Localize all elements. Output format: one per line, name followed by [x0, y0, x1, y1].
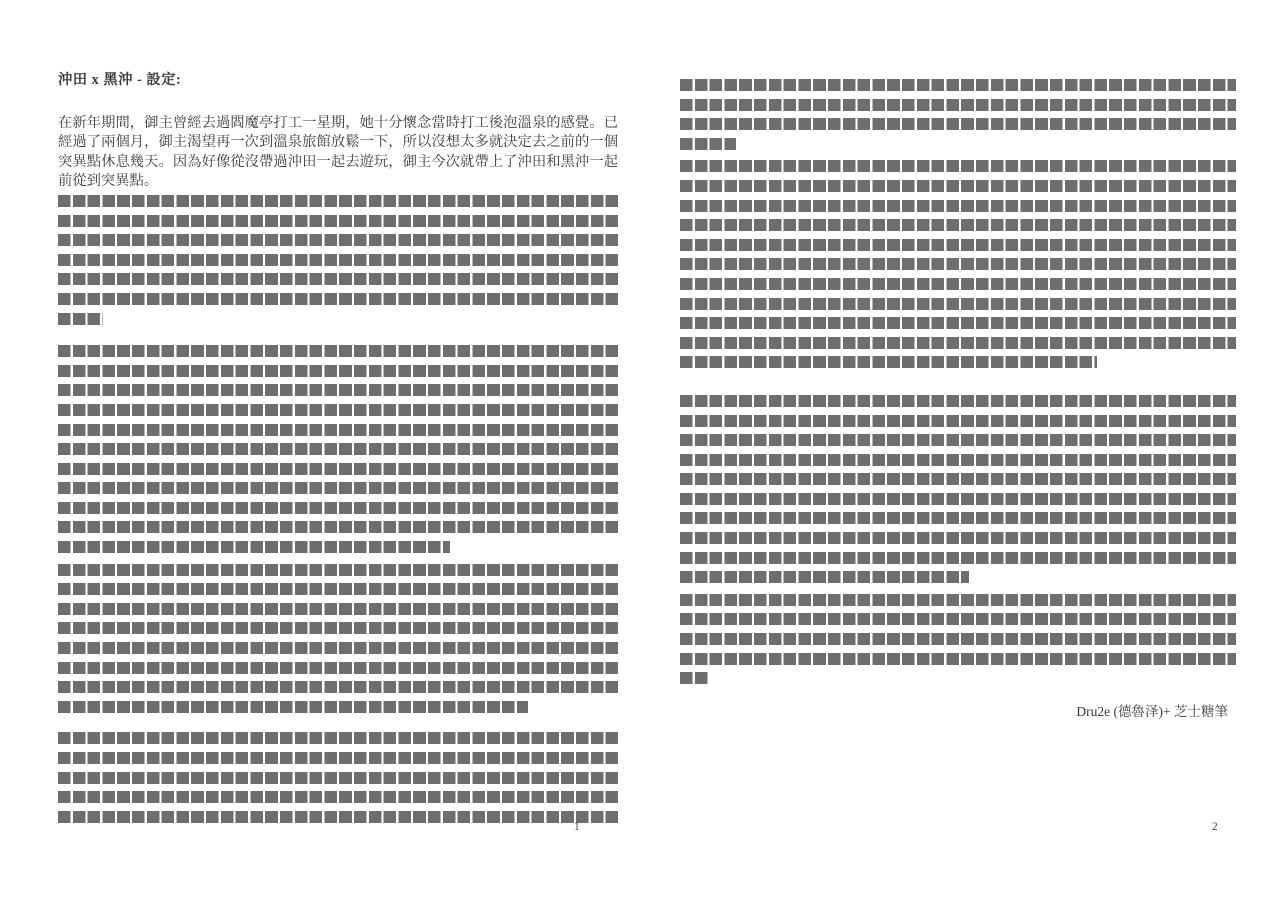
redacted-text-line — [680, 571, 969, 583]
redacted-text-line — [680, 200, 1236, 212]
redacted-text-line — [58, 195, 618, 207]
paragraph-redacted — [680, 392, 1236, 583]
redacted-text-line — [58, 521, 618, 533]
page-2-body — [680, 76, 1236, 684]
redacted-text-line — [680, 653, 1236, 665]
redacted-text-line — [58, 482, 618, 494]
redacted-text-line — [58, 443, 618, 455]
paragraph-redacted — [680, 76, 1236, 150]
redacted-text-line — [680, 138, 736, 150]
document-title: 沖田 x 黑沖 - 設定: — [58, 71, 618, 91]
redacted-text-line — [58, 254, 618, 266]
paragraph-gap — [680, 376, 1236, 392]
page-number-2: 2 — [1212, 821, 1218, 833]
redacted-text-line — [680, 473, 1236, 485]
redacted-text-line — [680, 434, 1236, 446]
redacted-text-line — [58, 662, 618, 674]
page-number-1: 1 — [574, 821, 580, 833]
redacted-text-line — [680, 160, 1236, 172]
redacted-text-line — [680, 356, 1097, 368]
page-1: 沖田 x 黑沖 - 設定: 在新年期間，御主曾經去過閻魔亭打工一星期，她十分懷念… — [58, 71, 618, 830]
redacted-text-line — [680, 552, 1236, 564]
redacted-text-line — [58, 234, 618, 246]
paragraph-gap — [58, 332, 618, 342]
paragraph-redacted — [680, 591, 1236, 684]
redacted-text-line — [680, 317, 1236, 329]
redacted-text-line — [58, 424, 618, 436]
redacted-text-line — [58, 732, 618, 744]
redacted-text-line — [680, 239, 1236, 251]
redacted-text-line — [58, 622, 618, 634]
redacted-text-line — [58, 313, 103, 325]
redacted-text-line — [58, 564, 618, 576]
redacted-text-line — [58, 273, 618, 285]
redacted-text-line — [58, 583, 618, 595]
redacted-text-line — [680, 532, 1236, 544]
redacted-text-line — [58, 752, 618, 764]
redacted-text-line — [680, 672, 708, 684]
redacted-text-line — [58, 541, 450, 553]
redacted-text-line — [58, 603, 618, 615]
paragraph-redacted — [58, 729, 618, 822]
paragraph-redacted — [58, 192, 618, 325]
redacted-text-line — [58, 345, 618, 357]
redacted-text-line — [680, 594, 1236, 606]
page-1-body: 在新年期間，御主曾經去過閻魔亭打工一星期，她十分懷念當時打工後泡溫泉的感覺。已經… — [58, 114, 618, 823]
redacted-text-line — [58, 701, 528, 713]
redacted-text-line — [680, 613, 1236, 625]
redacted-text-line — [680, 278, 1236, 290]
redacted-text-line — [58, 772, 618, 784]
author-credit: Dru2e (德魯泽)+ 芝士糖筆 — [680, 702, 1228, 722]
paragraph-text: 在新年期間，御主曾經去過閻魔亭打工一星期，她十分懷念當時打工後泡溫泉的感覺。已經… — [58, 114, 618, 192]
page-2: Dru2e (德魯泽)+ 芝士糖筆 — [680, 76, 1236, 722]
redacted-text-line — [680, 79, 1236, 91]
redacted-text-line — [680, 337, 1236, 349]
redacted-text-line — [680, 415, 1236, 427]
redacted-text-line — [58, 293, 618, 305]
redacted-text-line — [58, 502, 618, 514]
paragraph-gap — [58, 720, 618, 729]
redacted-text-line — [680, 512, 1236, 524]
redacted-text-line — [58, 811, 618, 823]
paragraph-redacted — [680, 157, 1236, 368]
redacted-text-line — [680, 99, 1236, 111]
redacted-text-line — [58, 404, 618, 416]
redacted-text-line — [680, 395, 1236, 407]
document-spread: 沖田 x 黑沖 - 設定: 在新年期間，御主曾經去過閻魔亭打工一星期，她十分懷念… — [0, 0, 1280, 905]
redacted-text-line — [58, 384, 618, 396]
redacted-text-line — [680, 454, 1236, 466]
paragraph-redacted — [58, 342, 618, 553]
redacted-text-line — [58, 642, 618, 654]
redacted-text-line — [680, 298, 1236, 310]
redacted-text-line — [680, 258, 1236, 270]
paragraph-redacted — [58, 561, 618, 713]
redacted-text-line — [680, 219, 1236, 231]
redacted-text-line — [58, 681, 618, 693]
redacted-text-line — [58, 791, 618, 803]
redacted-text-line — [680, 118, 1236, 130]
redacted-text-line — [680, 633, 1236, 645]
redacted-text-line — [680, 493, 1236, 505]
redacted-text-line — [680, 180, 1236, 192]
redacted-text-line — [58, 365, 618, 377]
redacted-text-line — [58, 215, 618, 227]
redacted-text-line — [58, 463, 618, 475]
